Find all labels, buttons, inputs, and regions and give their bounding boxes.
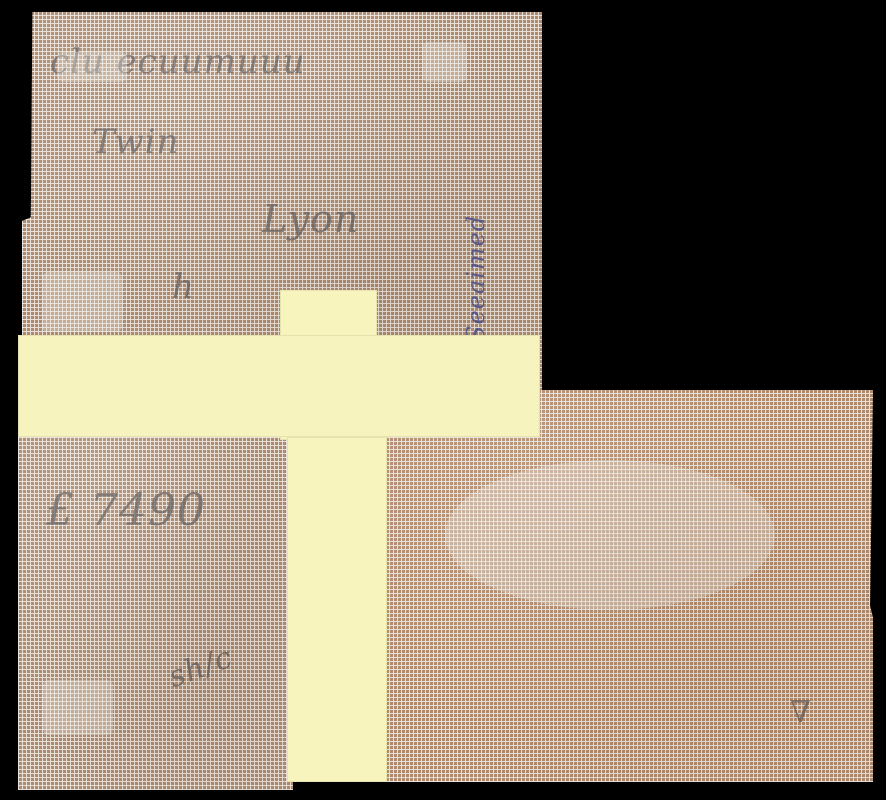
glue-stain — [57, 52, 127, 82]
linen-fragment-bottom-left: £ 7490 sh/c — [18, 380, 293, 790]
pencil-notation: Lyon — [262, 197, 359, 241]
glue-stain — [445, 460, 775, 610]
pencil-notation: sh/c — [164, 640, 238, 695]
hinge-tape-vertical-bottom — [287, 437, 387, 782]
pencil-price-notation: £ 7490 — [46, 485, 206, 536]
blue-ink-notation: Seeaimed — [462, 215, 490, 342]
linen-fragment-right: ∇ — [385, 390, 873, 782]
glue-stain — [422, 42, 467, 82]
glue-stain — [42, 272, 122, 332]
glue-stain — [43, 680, 113, 735]
pencil-notation: Twin — [92, 122, 179, 162]
pencil-notation: h — [172, 267, 195, 307]
hinge-tape-horizontal — [18, 335, 540, 437]
pencil-mark: ∇ — [790, 695, 812, 730]
